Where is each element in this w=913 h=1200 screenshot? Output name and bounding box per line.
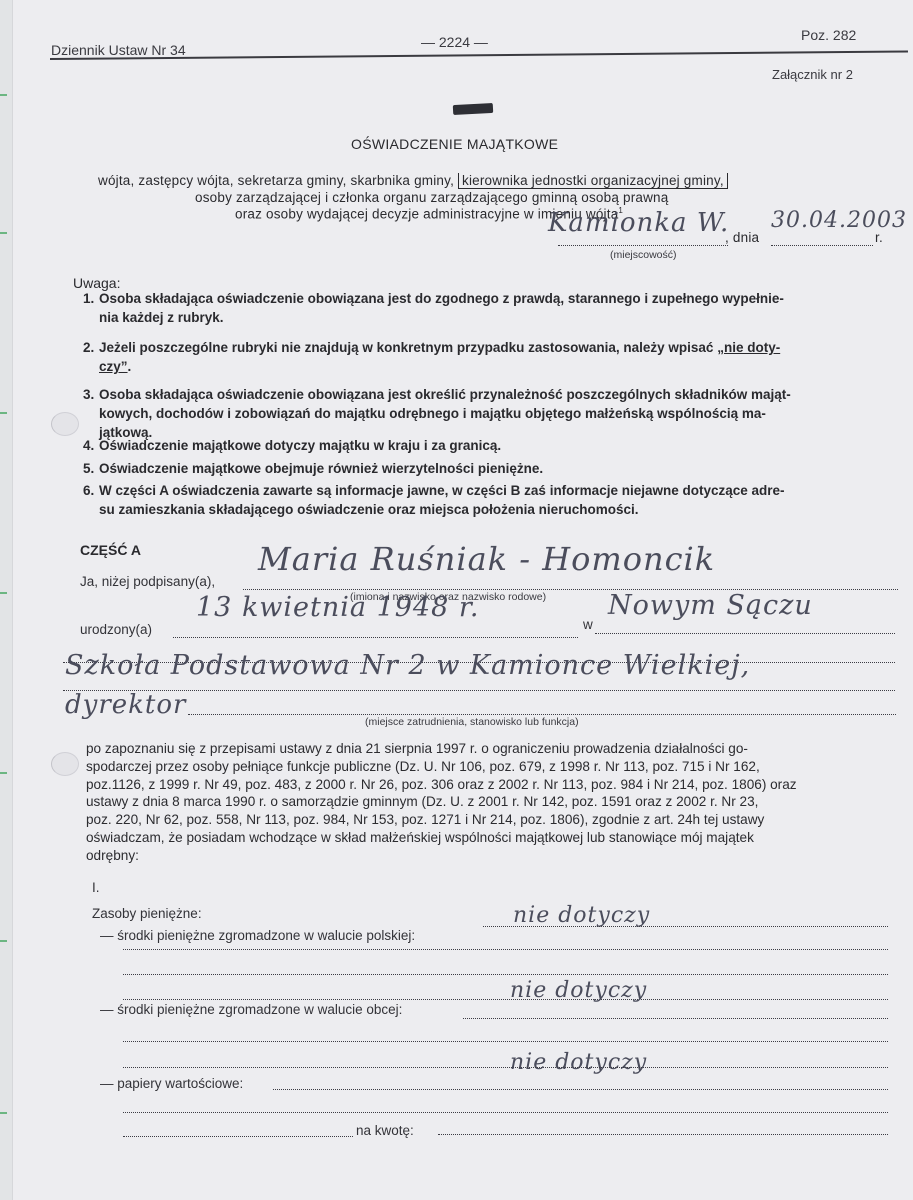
journal-name: Dziennik Ustaw Nr 34 xyxy=(51,42,186,58)
date-label: , dnia xyxy=(725,230,759,245)
securities-field-line xyxy=(123,1067,888,1068)
note-1: 1.Osoba składająca oświadczenie obowiąza… xyxy=(83,289,784,327)
position-field xyxy=(188,714,896,715)
marked-role: kierownika jednostki organizacyjnej gmin… xyxy=(458,173,728,189)
scan-margin-mark xyxy=(0,1112,7,1114)
pln-field-line xyxy=(123,974,888,975)
subtitle-line-1: wójta, zastępcy wójta, sekretarza gminy,… xyxy=(98,173,728,188)
note-2: 2.Jeżeli poszczególne rubryki nie znajdu… xyxy=(83,338,780,376)
securities-field-line xyxy=(123,1112,888,1113)
scan-margin-mark xyxy=(0,940,7,942)
redaction-mark xyxy=(453,103,493,115)
note-3: 3.Osoba składająca oświadczenie obowiąza… xyxy=(83,385,791,442)
place-caption: (miejscowość) xyxy=(610,249,677,261)
scan-margin-mark xyxy=(0,412,7,414)
note-5: 5.Oświadczenie majątkowe obejmuje równie… xyxy=(83,459,543,478)
scan-edge xyxy=(0,0,13,1200)
born-place-field xyxy=(595,633,895,634)
foreign-field xyxy=(463,1018,888,1019)
section-heading: Zasoby pieniężne: xyxy=(92,906,202,921)
place-field xyxy=(558,245,728,246)
born-place-value: Nowym Sączu xyxy=(608,590,813,621)
signed-label: Ja, niżej podpisany(a), xyxy=(80,574,215,589)
scan-margin-mark xyxy=(0,772,7,774)
born-date-value: 13 kwietnia 1948 r. xyxy=(196,592,479,623)
amount-field xyxy=(438,1134,888,1135)
document-page: Dziennik Ustaw Nr 34 — 2224 — Poz. 282 Z… xyxy=(13,0,913,1200)
punch-hole xyxy=(51,412,79,436)
note-6: 6.W części A oświadczenia zawarte są inf… xyxy=(83,481,785,519)
scan-margin-mark xyxy=(0,232,7,234)
subtitle-line-2: osoby zarządzającej i członka organu zar… xyxy=(195,190,668,205)
attachment-label: Załącznik nr 2 xyxy=(772,67,853,82)
punch-hole xyxy=(51,752,79,776)
position-number: Poz. 282 xyxy=(801,27,856,43)
document-title: OŚWIADCZENIE MAJĄTKOWE xyxy=(351,136,558,152)
section-roman: I. xyxy=(92,880,100,895)
part-a-heading: CZĘŚĆ A xyxy=(80,542,141,558)
position-value: dyrektor xyxy=(65,690,186,720)
pln-value: nie dotyczy xyxy=(513,903,650,928)
statement-text: po zapoznaniu się z przepisami ustawy z … xyxy=(86,740,797,865)
date-value: 30.04.2003 xyxy=(771,208,907,233)
securities-value: nie dotyczy xyxy=(510,1050,647,1075)
born-date-field xyxy=(173,637,578,638)
date-suffix: r. xyxy=(875,230,883,245)
born-in-label: w xyxy=(583,617,593,632)
foreign-field-line xyxy=(123,999,888,1000)
securities-field xyxy=(273,1089,888,1090)
signed-name-value: Maria Ruśniak - Homoncik xyxy=(258,540,715,578)
scan-margin-mark xyxy=(0,592,7,594)
amount-label: na kwotę: xyxy=(356,1123,414,1138)
employment-caption: (miejsce zatrudnienia, stanowisko lub fu… xyxy=(365,716,579,728)
securities-field-line xyxy=(123,1136,353,1137)
pln-field-line xyxy=(123,949,888,950)
born-label: urodzony(a) xyxy=(80,622,152,637)
employment-value: Szkoła Podstawowa Nr 2 w Kamionce Wielki… xyxy=(65,650,750,681)
pln-field xyxy=(483,926,888,927)
scan-margin-mark xyxy=(0,94,7,96)
date-field xyxy=(771,245,873,246)
foreign-value: nie dotyczy xyxy=(510,978,647,1003)
securities-label: — papiery wartościowe: xyxy=(100,1076,243,1091)
page-number: — 2224 — xyxy=(421,34,488,50)
employment-field xyxy=(63,690,895,691)
foreign-label: — środki pieniężne zgromadzone w walucie… xyxy=(100,1002,402,1017)
pln-label: — środki pieniężne zgromadzone w walucie… xyxy=(100,928,415,943)
note-4: 4.Oświadczenie majątkowe dotyczy majątku… xyxy=(83,436,501,455)
foreign-field-line xyxy=(123,1041,888,1042)
place-value: Kamionka W. xyxy=(548,208,729,238)
